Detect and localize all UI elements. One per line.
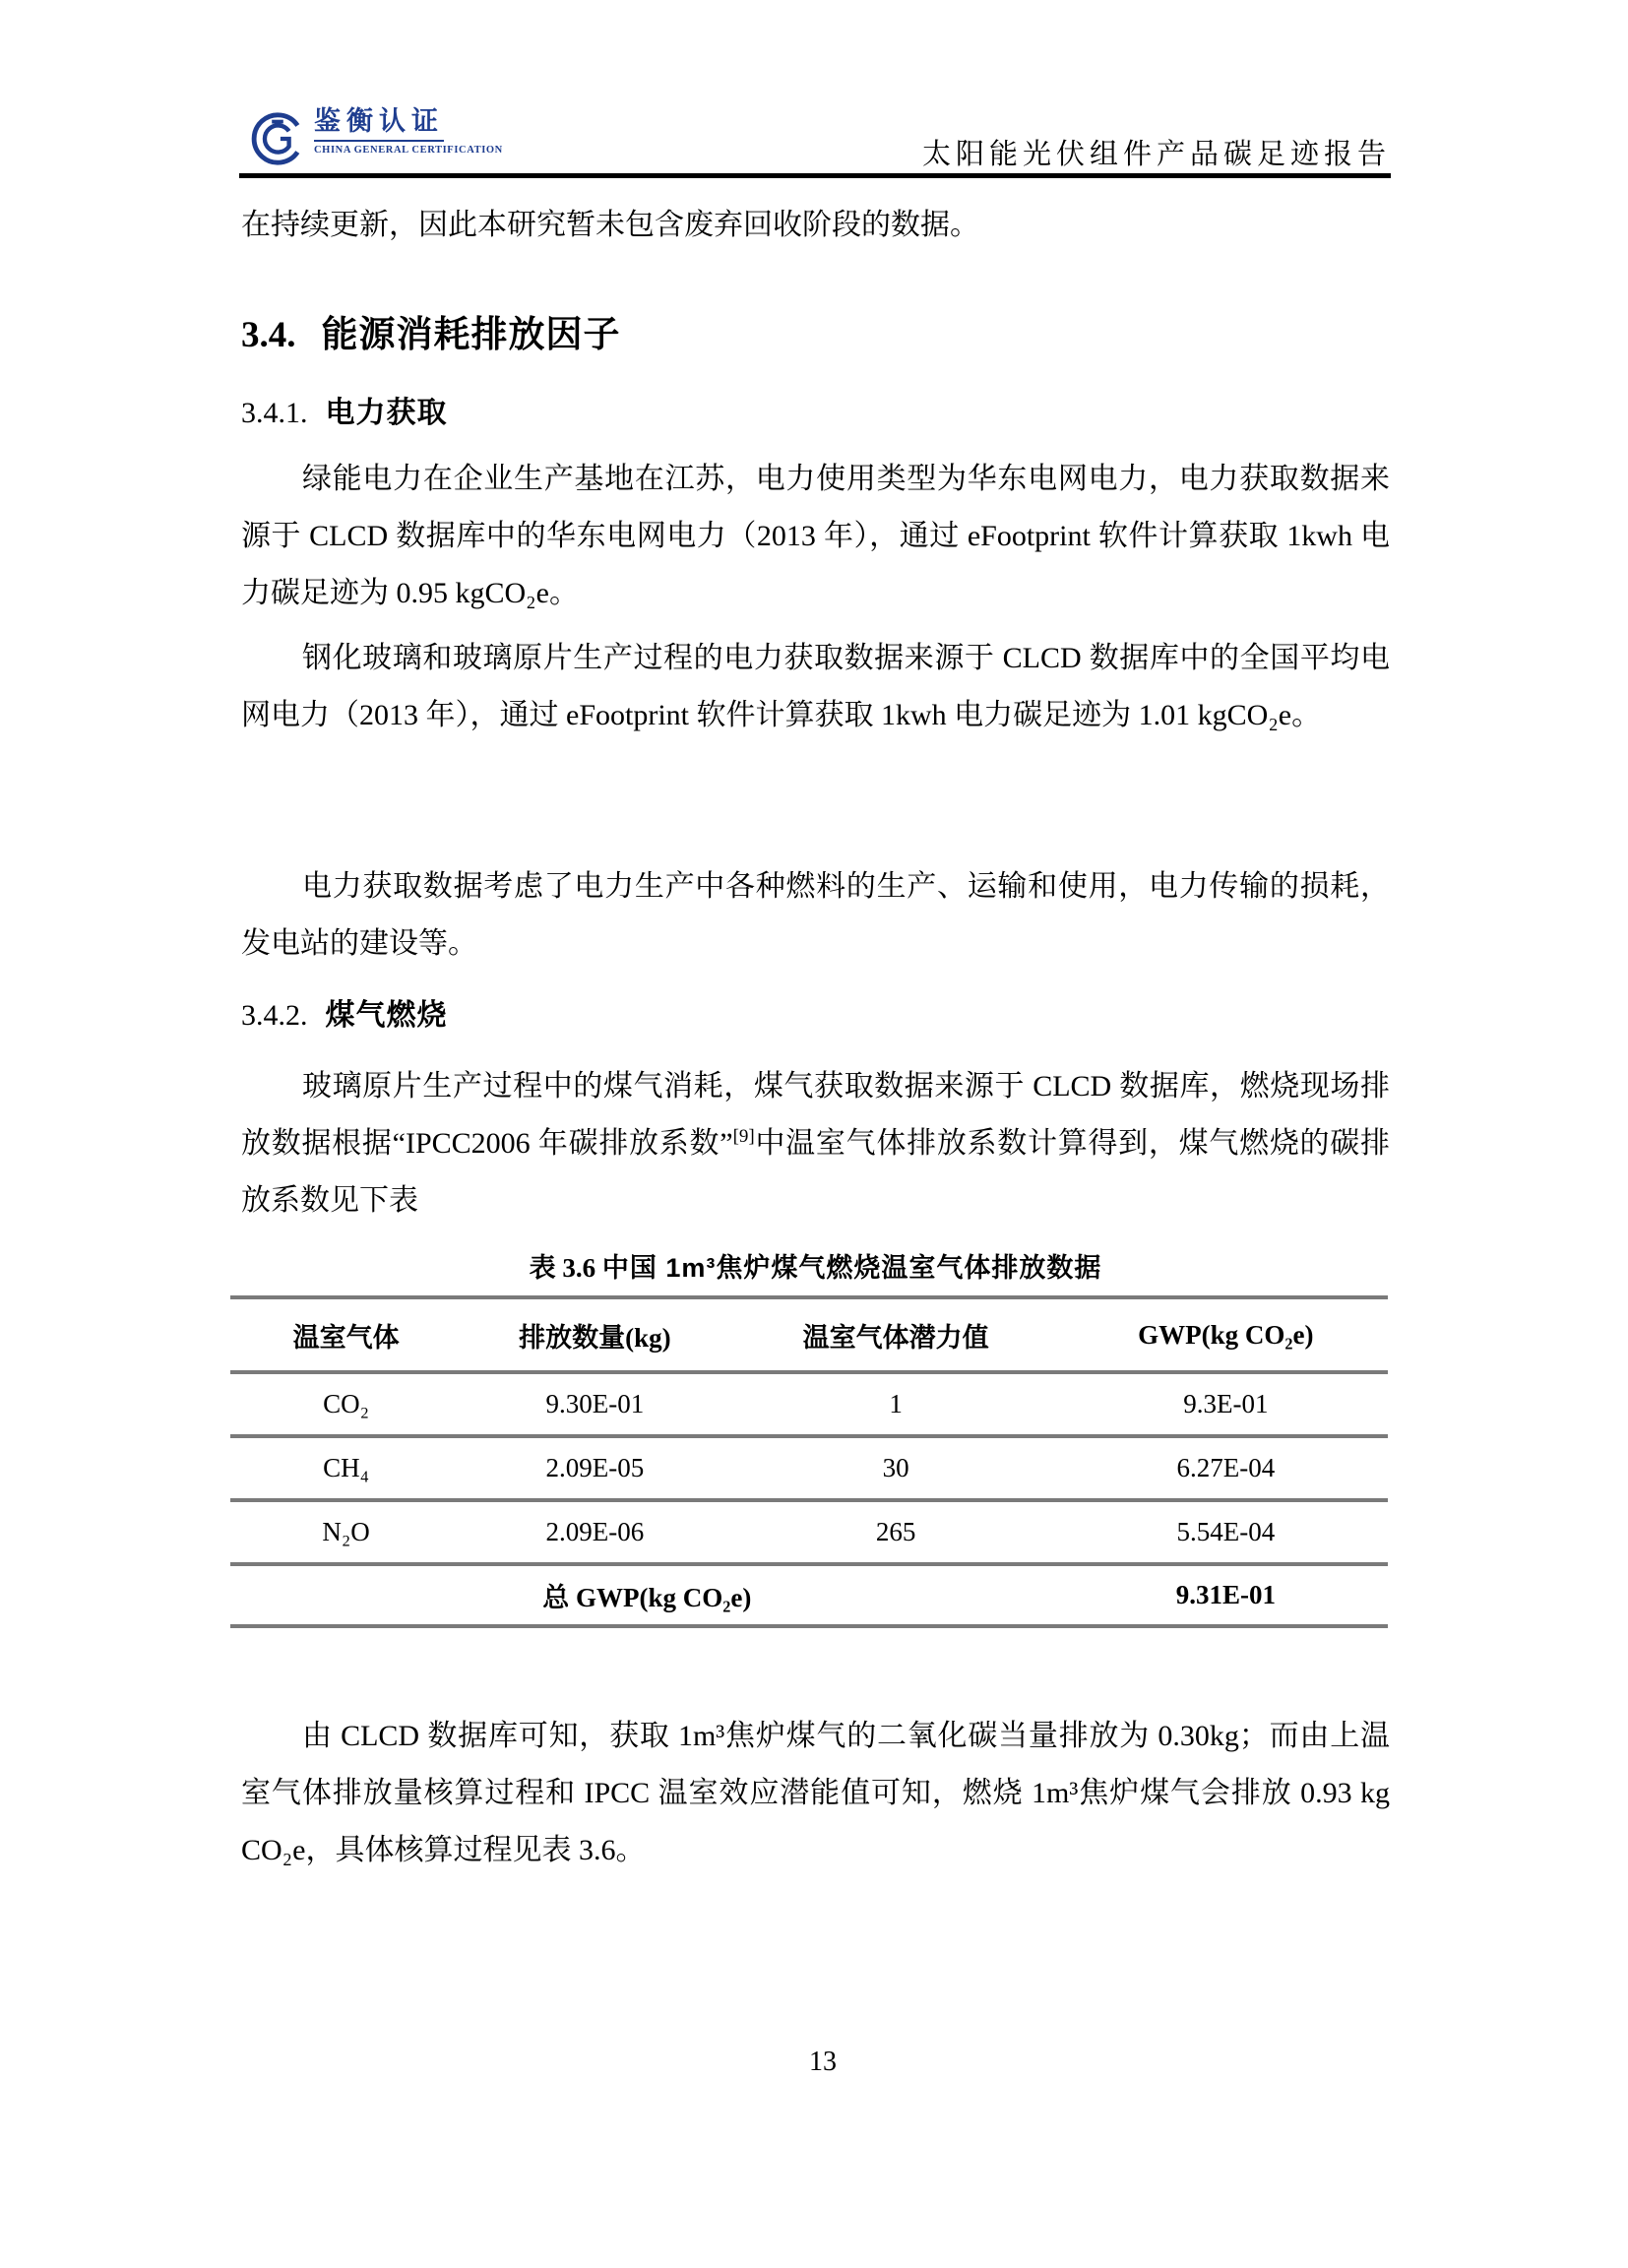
table-row-total-gwp: 总 GWP(kg CO₂e) 9.31E-01 bbox=[230, 1564, 1388, 1626]
header-cell-gwp-kgco2e: GWP(kg CO₂e) bbox=[1064, 1297, 1388, 1372]
gas-paragraph: 玻璃原片生产过程中的煤气消耗，煤气获取数据来源于 CLCD 数据库，燃烧现场排放… bbox=[241, 1058, 1390, 1229]
cell-co2-amount: 9.30E-01 bbox=[462, 1372, 727, 1436]
electricity-paragraph-1: 绿能电力在企业生产基地在江苏，电力使用类型为华东电网电力，电力获取数据来源于 C… bbox=[241, 451, 1390, 622]
cell-n2o-name: N₂O bbox=[230, 1500, 462, 1564]
cell-ch4-amount: 2.09E-05 bbox=[462, 1436, 727, 1500]
cell-n2o-amount: 2.09E-06 bbox=[462, 1500, 727, 1564]
cell-ch4-gwp: 6.27E-04 bbox=[1064, 1436, 1388, 1500]
table-row-ch4: CH₄ 2.09E-05 30 6.27E-04 bbox=[230, 1436, 1388, 1500]
section-3-4-1-heading: 3.4.1.电力获取 bbox=[241, 394, 1390, 433]
section-3-4-2-number: 3.4.2. bbox=[241, 999, 308, 1032]
cell-ch4-potential: 30 bbox=[728, 1436, 1064, 1500]
table-row-n2o: N₂O 2.09E-06 265 5.54E-04 bbox=[230, 1500, 1388, 1564]
cell-ch4-name: CH₄ bbox=[230, 1436, 462, 1500]
section-3-4-heading: 3.4.能源消耗排放因子 bbox=[241, 311, 1390, 359]
cell-co2-gwp: 9.3E-01 bbox=[1064, 1372, 1388, 1436]
electricity-paragraph-3: 电力获取数据考虑了电力生产中各种燃料的生产、运输和使用，电力传输的损耗，发电站的… bbox=[241, 858, 1390, 973]
table-caption-title: 中国 1m³焦炉煤气燃烧温室气体排放数据 bbox=[602, 1253, 1102, 1283]
logo-text-column: 鉴衡认证 CHINA GENERAL CERTIFICATION bbox=[314, 106, 503, 156]
section-3-4-number: 3.4. bbox=[241, 315, 296, 355]
document-header-title: 太阳能光伏组件产品碳足迹报告 bbox=[922, 132, 1391, 172]
conclusion-paragraph: 由 CLCD 数据库可知，获取 1m³焦炉煤气的二氧化碳当量排放为 0.30kg… bbox=[241, 1708, 1390, 1879]
section-3-4-2-title: 煤气燃烧 bbox=[326, 999, 448, 1032]
section-3-4-2-heading: 3.4.2.煤气燃烧 bbox=[241, 996, 1390, 1036]
table-3-6-caption: 表 3.6 中国 1m³焦炉煤气燃烧温室气体排放数据 bbox=[241, 1248, 1390, 1288]
section-3-4-1-title: 电力获取 bbox=[326, 397, 448, 429]
header-cell-emission-amount: 排放数量(kg) bbox=[462, 1297, 727, 1372]
footnote-reference-9: [9] bbox=[733, 1126, 755, 1147]
table-header-row: 温室气体 排放数量(kg) 温室气体潜力值 GWP(kg CO₂e) bbox=[230, 1297, 1388, 1372]
table-row-co2: CO₂ 9.30E-01 1 9.3E-01 bbox=[230, 1372, 1388, 1436]
cell-co2-name: CO₂ bbox=[230, 1372, 462, 1436]
cell-co2-potential: 1 bbox=[728, 1372, 1064, 1436]
cell-n2o-gwp: 5.54E-04 bbox=[1064, 1500, 1388, 1564]
certification-logo: 鉴衡认证 CHINA GENERAL CERTIFICATION bbox=[249, 106, 503, 167]
logo-name-en: CHINA GENERAL CERTIFICATION bbox=[314, 145, 503, 156]
cell-total-gwp-value: 9.31E-01 bbox=[1064, 1564, 1388, 1626]
header-rule bbox=[239, 173, 1391, 178]
section-3-4-1-number: 3.4.1. bbox=[241, 397, 308, 429]
gc-monogram-icon bbox=[249, 110, 306, 167]
cell-total-gwp-label: 总 GWP(kg CO₂e) bbox=[230, 1564, 1064, 1626]
document-page: 鉴衡认证 CHINA GENERAL CERTIFICATION 太阳能光伏组件… bbox=[0, 0, 1628, 2268]
intro-paragraph: 在持续更新，因此本研究暂未包含废弃回收阶段的数据。 bbox=[241, 197, 1390, 254]
table-caption-number: 表 3.6 bbox=[530, 1253, 596, 1283]
header-cell-gas: 温室气体 bbox=[230, 1297, 462, 1372]
section-3-4-title: 能源消耗排放因子 bbox=[322, 314, 621, 354]
electricity-paragraph-2: 钢化玻璃和玻璃原片生产过程的电力获取数据来源于 CLCD 数据库中的全国平均电网… bbox=[241, 630, 1390, 744]
page-number: 13 bbox=[0, 2047, 1628, 2078]
emission-data-table: 温室气体 排放数量(kg) 温室气体潜力值 GWP(kg CO₂e) CO₂ 9… bbox=[230, 1295, 1388, 1628]
header-cell-gwp-potential: 温室气体潜力值 bbox=[728, 1297, 1064, 1372]
logo-name-cn: 鉴衡认证 bbox=[314, 106, 444, 142]
cell-n2o-potential: 265 bbox=[728, 1500, 1064, 1564]
